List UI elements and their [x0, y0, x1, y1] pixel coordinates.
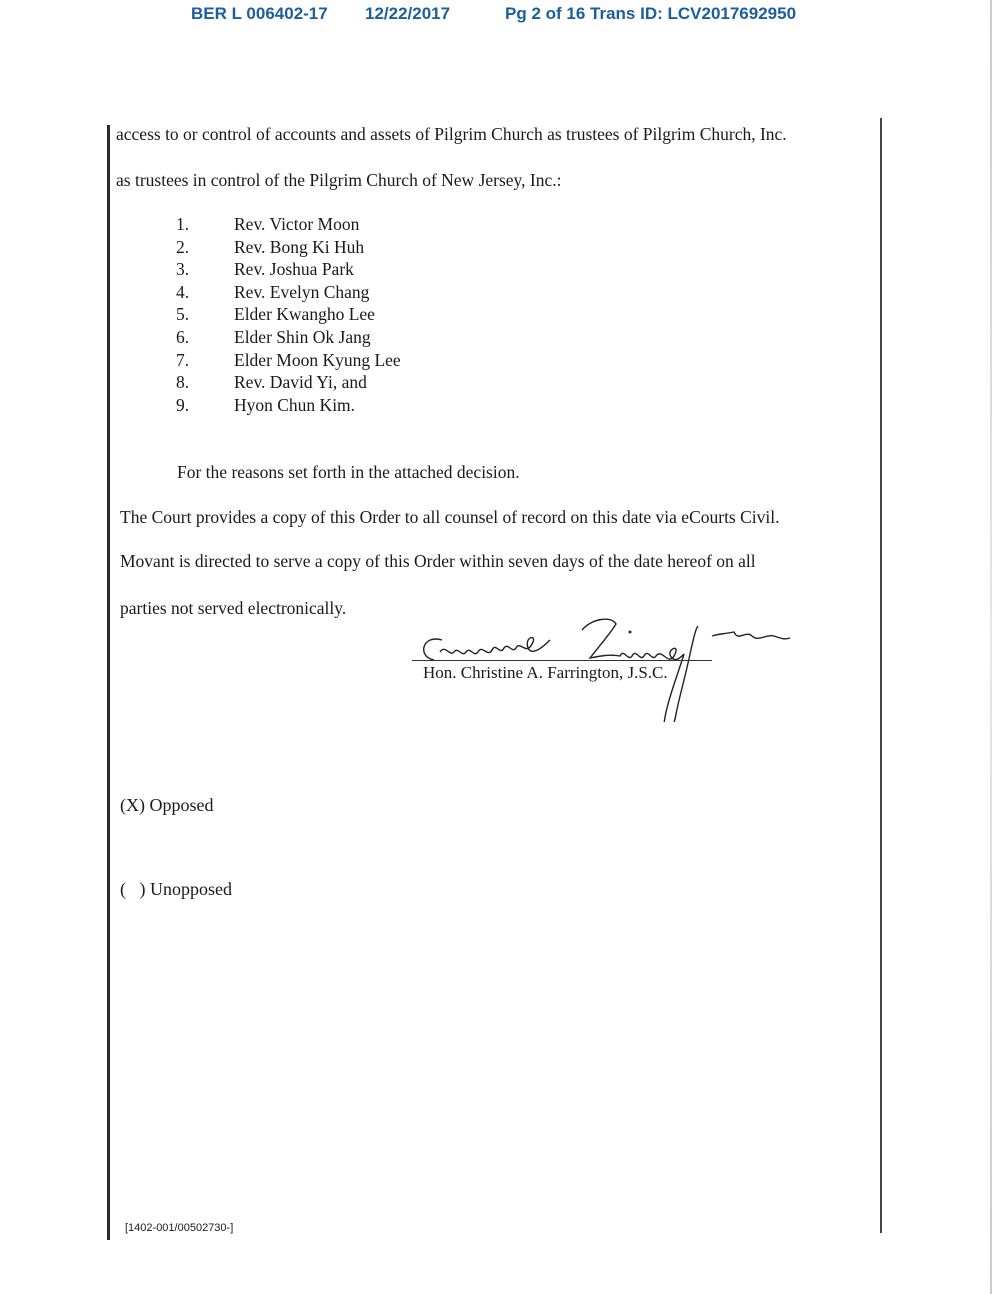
- signature-line: [412, 660, 712, 661]
- filing-date: 12/22/2017: [365, 4, 450, 24]
- trustee-item: 7.Elder Moon Kyung Lee: [176, 349, 401, 372]
- trustee-item: 5.Elder Kwangho Lee: [176, 303, 401, 326]
- left-margin-rule: [107, 125, 110, 1240]
- judge-name: Hon. Christine A. Farrington, J.S.C.: [423, 663, 668, 683]
- trustee-name: Elder Shin Ok Jang: [234, 327, 371, 347]
- trustee-number: 3.: [176, 258, 234, 281]
- document-reference: [1402-001/00502730-]: [125, 1222, 233, 1234]
- opposed-checkbox: (X): [120, 795, 145, 815]
- reasons-line: For the reasons set forth in the attache…: [177, 462, 520, 483]
- page-trans-id: Pg 2 of 16 Trans ID: LCV2017692950: [505, 4, 796, 24]
- trustee-number: 7.: [176, 349, 234, 372]
- right-margin-rule: [880, 118, 882, 1233]
- unopposed-option: ( ) Unopposed: [120, 879, 232, 900]
- trustee-name: Rev. Bong Ki Huh: [234, 237, 364, 257]
- unopposed-label: Unopposed: [150, 879, 232, 899]
- trustee-item: 4.Rev. Evelyn Chang: [176, 281, 401, 304]
- trustee-number: 4.: [176, 281, 234, 304]
- trustee-number: 6.: [176, 326, 234, 349]
- trustee-item: 3.Rev. Joshua Park: [176, 258, 401, 281]
- opposed-option: (X) Opposed: [120, 795, 214, 816]
- scan-edge: [990, 0, 992, 1294]
- movant-line-2: parties not served electronically.: [120, 598, 346, 619]
- body-line-2: as trustees in control of the Pilgrim Ch…: [116, 170, 562, 191]
- trustee-item: 1.Rev. Victor Moon: [176, 213, 401, 236]
- trustee-item: 2.Rev. Bong Ki Huh: [176, 236, 401, 259]
- unopposed-checkbox: ( ): [120, 879, 146, 899]
- trustee-number: 8.: [176, 371, 234, 394]
- trustee-name: Rev. Victor Moon: [234, 214, 359, 234]
- body-line-1: access to or control of accounts and ass…: [116, 124, 787, 145]
- trustee-item: 8.Rev. David Yi, and: [176, 371, 401, 394]
- trustee-number: 5.: [176, 303, 234, 326]
- trustee-name: Hyon Chun Kim.: [234, 395, 355, 415]
- trustee-item: 6.Elder Shin Ok Jang: [176, 326, 401, 349]
- trustee-name: Rev. Evelyn Chang: [234, 282, 369, 302]
- docket-number: BER L 006402-17: [191, 4, 328, 24]
- trustee-number: 9.: [176, 394, 234, 417]
- trustee-name: Rev. Joshua Park: [234, 259, 354, 279]
- trustee-item: 9.Hyon Chun Kim.: [176, 394, 401, 417]
- trustee-list: 1.Rev. Victor Moon2.Rev. Bong Ki Huh3.Re…: [176, 213, 401, 416]
- movant-line-1: Movant is directed to serve a copy of th…: [120, 551, 756, 572]
- trustee-number: 1.: [176, 213, 234, 236]
- trustee-name: Rev. David Yi, and: [234, 372, 367, 392]
- trustee-name: Elder Moon Kyung Lee: [234, 350, 401, 370]
- trustee-number: 2.: [176, 236, 234, 259]
- copy-notice: The Court provides a copy of this Order …: [120, 507, 780, 528]
- trustee-name: Elder Kwangho Lee: [234, 304, 375, 324]
- opposed-label: Opposed: [150, 795, 214, 815]
